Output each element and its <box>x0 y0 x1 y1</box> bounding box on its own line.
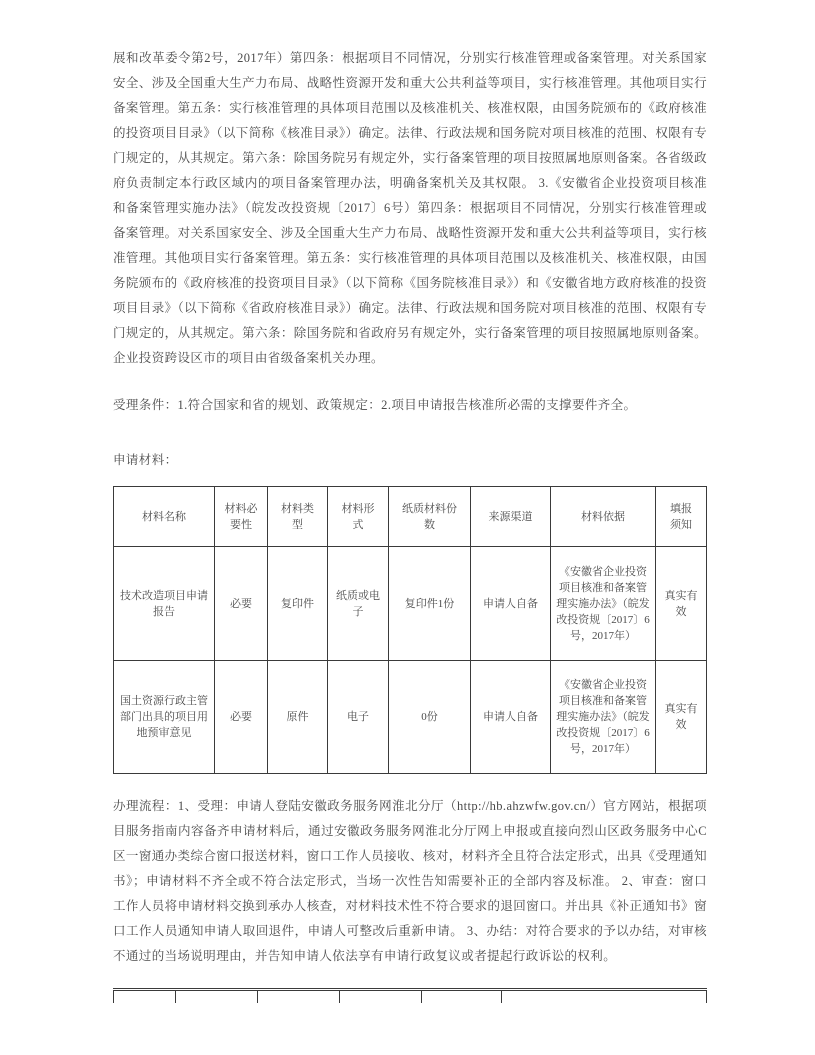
table-header-row: 材料名称 材料必要性 材料类型 材料形式 纸质材料份数 来源渠道 材料依据 填报… <box>114 487 707 547</box>
process-paragraph: 办理流程：1、受理：申请人登陆安徽政务服务网淮北分厅（http://hb.ahz… <box>113 794 707 969</box>
header-source-channel: 来源渠道 <box>471 487 551 547</box>
cell-material-basis: 《安徽省企业投资项目核准和备案管理实施办法》（皖发改投资规〔2017〕6号，20… <box>551 661 656 774</box>
application-materials-label: 申请材料： <box>113 448 707 473</box>
header-material-necessity: 材料必要性 <box>215 487 268 547</box>
cell-material-necessity: 必要 <box>215 547 268 661</box>
cell-material-form: 纸质或电子 <box>328 547 389 661</box>
header-filing-notes: 填报须知 <box>656 487 707 547</box>
cell-source-channel: 申请人自备 <box>471 547 551 661</box>
materials-table: 材料名称 材料必要性 材料类型 材料形式 纸质材料份数 来源渠道 材料依据 填报… <box>113 486 707 774</box>
cell-material-name: 技术改造项目申请报告 <box>114 547 215 661</box>
cell-material-necessity: 必要 <box>215 661 268 774</box>
table-row: 国土资源行政主管部门出具的项目用地预审意见 必要 原件 电子 0份 申请人自备 … <box>114 661 707 774</box>
intro-paragraph: 展和改革委令第2号，2017年）第四条：根据项目不同情况，分别实行核准管理或备案… <box>113 46 707 371</box>
cell-source-channel: 申请人自备 <box>471 661 551 774</box>
next-table-top-edge <box>113 988 707 1003</box>
cell-material-type: 复印件 <box>268 547 328 661</box>
cell-material-type: 原件 <box>268 661 328 774</box>
table-row: 技术改造项目申请报告 必要 复印件 纸质或电子 复印件1份 申请人自备 《安徽省… <box>114 547 707 661</box>
stub-cell <box>257 991 339 1003</box>
document-content: 展和改革委令第2号，2017年）第四条：根据项目不同情况，分别实行核准管理或备案… <box>113 0 707 1003</box>
cell-material-form: 电子 <box>328 661 389 774</box>
stub-cell <box>501 991 707 1003</box>
next-table-first-row-stub <box>113 990 707 1003</box>
cell-paper-copies: 复印件1份 <box>389 547 471 661</box>
header-material-basis: 材料依据 <box>551 487 656 547</box>
cell-paper-copies: 0份 <box>389 661 471 774</box>
cell-material-name: 国土资源行政主管部门出具的项目用地预审意见 <box>114 661 215 774</box>
stub-cell <box>175 991 257 1003</box>
cell-filing-notes: 真实有效 <box>656 661 707 774</box>
stub-cell <box>421 991 501 1003</box>
cell-material-basis: 《安徽省企业投资项目核准和备案管理实施办法》（皖发改投资规〔2017〕6号，20… <box>551 547 656 661</box>
stub-cell <box>113 991 175 1003</box>
header-material-form: 材料形式 <box>328 487 389 547</box>
stub-cell <box>339 991 421 1003</box>
acceptance-conditions: 受理条件：1.符合国家和省的规划、政策规定：2.项目申请报告核准所必需的支撑要件… <box>113 393 707 418</box>
cell-filing-notes: 真实有效 <box>656 547 707 661</box>
header-paper-copies: 纸质材料份数 <box>389 487 471 547</box>
header-material-type: 材料类型 <box>268 487 328 547</box>
document-page: 展和改革委令第2号，2017年）第四条：根据项目不同情况，分别实行核准管理或备案… <box>0 0 815 1055</box>
header-material-name: 材料名称 <box>114 487 215 547</box>
